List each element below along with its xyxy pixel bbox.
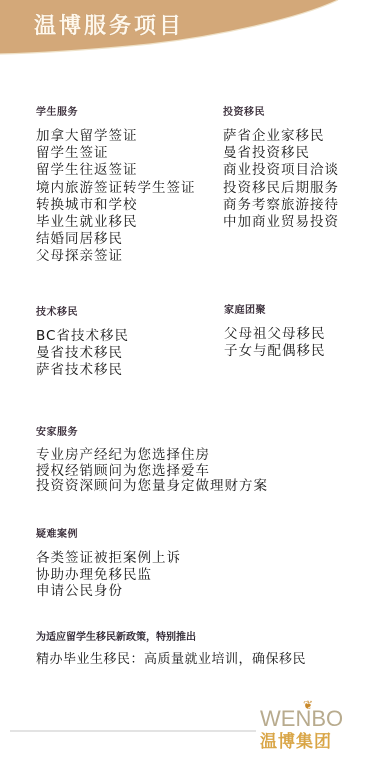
list-item: 留学生签证 xyxy=(36,145,196,162)
difficult-cases-list: 各类签证被拒案例上诉 协助办理免移民监 申请公民身份 xyxy=(36,550,181,600)
settlement-services-list: 专业房产经纪为您选择住房 授权经销顾问为您选择爱车 投资资深顾问为您量身定做理财… xyxy=(36,448,268,495)
list-item: 境内旅游签证转学生签证 xyxy=(36,180,196,197)
skilled-immigration-list: BC省技术移民 曼省技术移民 萨省技术移民 xyxy=(36,328,129,380)
section-title: 投资移民 xyxy=(223,106,339,120)
section-title: 疑难案例 xyxy=(36,528,181,542)
section-investment-immigration: 投资移民 萨省企业家移民 曼省投资移民 商业投资项目洽谈 投资移民后期服务 商务… xyxy=(223,106,339,231)
list-item: 授权经销顾问为您选择爱车 xyxy=(36,464,268,480)
section-title: 技术移民 xyxy=(36,306,129,320)
list-item: 转换城市和学校 xyxy=(36,197,196,214)
list-item: 加拿大留学签证 xyxy=(36,128,196,145)
offer-text: 精办毕业生移民：高质量就业培训，确保移民 xyxy=(36,651,306,668)
section-student-services: 学生服务 加拿大留学签证 留学生签证 留学生往返签证 境内旅游签证转学生签证 转… xyxy=(36,106,196,266)
logo-chinese: 温博集团 xyxy=(260,732,332,752)
list-item: 投资移民后期服务 xyxy=(223,180,339,197)
list-item: 子女与配偶移民 xyxy=(224,343,326,360)
section-title: 安家服务 xyxy=(36,426,268,440)
list-item: 父母祖父母移民 xyxy=(224,326,326,343)
footer-divider xyxy=(10,730,256,732)
list-item: 商业投资项目洽谈 xyxy=(223,162,339,179)
section-settlement-services: 安家服务 专业房产经纪为您选择住房 授权经销顾问为您选择爱车 投资资深顾问为您量… xyxy=(36,426,268,495)
list-item: 萨省技术移民 xyxy=(36,362,129,379)
list-item: 萨省企业家移民 xyxy=(223,128,339,145)
list-item: 结婚同居移民 xyxy=(36,231,196,248)
list-item: 曼省投资移民 xyxy=(223,145,339,162)
section-family-reunification: 家庭团聚 父母祖父母移民 子女与配偶移民 xyxy=(224,304,326,360)
wenbo-logo: ❦ WENBO 温博集团 xyxy=(257,699,367,753)
student-services-list: 加拿大留学签证 留学生签证 留学生往返签证 境内旅游签证转学生签证 转换城市和学… xyxy=(36,128,196,266)
investment-immigration-list: 萨省企业家移民 曼省投资移民 商业投资项目洽谈 投资移民后期服务 商务考察旅游接… xyxy=(223,128,339,231)
section-skilled-immigration: 技术移民 BC省技术移民 曼省技术移民 萨省技术移民 xyxy=(36,306,129,380)
list-item: 毕业生就业移民 xyxy=(36,214,196,231)
list-item: 各类签证被拒案例上诉 xyxy=(36,550,181,567)
list-item: 曼省技术移民 xyxy=(36,345,129,362)
list-item: 投资资深顾问为您量身定做理财方案 xyxy=(36,479,268,495)
list-item: 专业房产经纪为您选择住房 xyxy=(36,448,268,464)
list-item: 中加商业贸易投资 xyxy=(223,214,339,231)
list-item: 商务考察旅游接待 xyxy=(223,197,339,214)
section-special-offer: 为适应留学生移民新政策，特别推出 精办毕业生移民：高质量就业培训，确保移民 xyxy=(36,631,306,668)
page-title: 温博服务项目 xyxy=(34,9,184,40)
section-title: 家庭团聚 xyxy=(224,304,326,318)
list-item: 申请公民身份 xyxy=(36,583,181,600)
list-item: 协助办理免移民监 xyxy=(36,567,181,584)
logo-english: WENBO xyxy=(260,707,343,731)
section-title: 学生服务 xyxy=(36,106,196,120)
section-difficult-cases: 疑难案例 各类签证被拒案例上诉 协助办理免移民监 申请公民身份 xyxy=(36,528,181,600)
family-reunification-list: 父母祖父母移民 子女与配偶移民 xyxy=(224,326,326,360)
list-item: BC省技术移民 xyxy=(36,328,129,345)
list-item: 留学生往返签证 xyxy=(36,162,196,179)
offer-title: 为适应留学生移民新政策，特别推出 xyxy=(36,631,306,645)
list-item: 父母探亲签证 xyxy=(36,248,196,265)
